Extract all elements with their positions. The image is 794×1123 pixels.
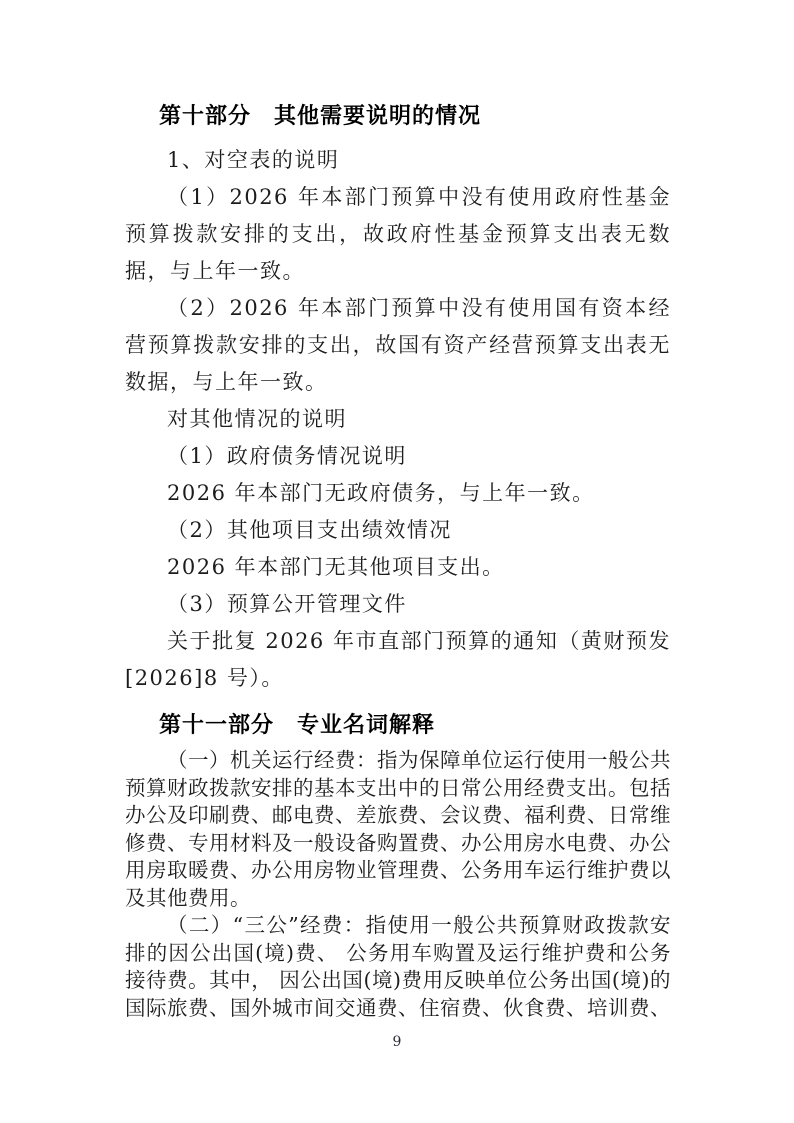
section-11-heading: 第十一部分 专业名词解释	[125, 709, 671, 743]
paragraph-gov-debt-title: （1）政府债务情况说明	[125, 438, 671, 475]
paragraph-budget-disclosure-title: （3）预算公开管理文件	[125, 586, 671, 623]
paragraph-empty-tables-title: 1、对空表的说明	[125, 142, 671, 179]
paragraph-state-capital-budget: （2）2026 年本部门预算中没有使用国有资本经营预算拨款安排的支出，故国有资产…	[125, 290, 671, 401]
paragraph-other-project-title: （2）其他项目支出绩效情况	[125, 512, 671, 549]
page-content: 第十部分 其他需要说明的情况 1、对空表的说明 （1）2026 年本部门预算中没…	[125, 100, 671, 1022]
paragraph-budget-disclosure-body: 关于批复 2026 年市直部门预算的通知（黄财预发[2026]8 号）。	[125, 623, 671, 697]
paragraph-other-project-body: 2026 年本部门无其他项目支出。	[125, 549, 671, 586]
paragraph-gov-fund-budget: （1）2026 年本部门预算中没有使用政府性基金预算拨款安排的支出，故政府性基金…	[125, 179, 671, 290]
paragraph-gov-debt-body: 2026 年本部门无政府债务，与上年一致。	[125, 475, 671, 512]
paragraph-term-three-public-funds: （二）“三公”经费：指使用一般公共预算财政拨款安排的因公出国(境)费、 公务用车…	[125, 912, 671, 1022]
section-10-heading: 第十部分 其他需要说明的情况	[125, 100, 671, 134]
page-number: 9	[0, 1034, 794, 1050]
document-page: 第十部分 其他需要说明的情况 1、对空表的说明 （1）2026 年本部门预算中没…	[0, 0, 794, 1123]
paragraph-other-situations-title: 对其他情况的说明	[125, 401, 671, 438]
paragraph-term-agency-operating-funds: （一）机关运行经费：指为保障单位运行使用一般公共预算财政拨款安排的基本支出中的日…	[125, 747, 671, 912]
